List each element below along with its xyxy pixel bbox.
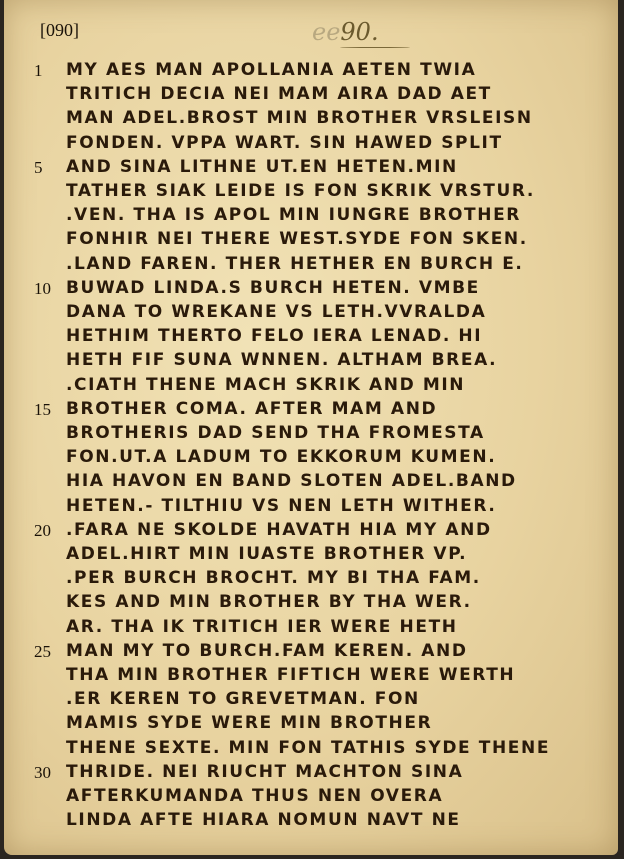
manuscript-line: KES AND MIN BROTHER BY THA WER. [4, 590, 618, 614]
manuscript-line: 30THRIDE. NEI RIUCHT MACHTON SINA [4, 760, 618, 784]
manuscript-line: MAMIS SYDE WERE MIN BROTHER [4, 711, 618, 735]
line-text: .FARA NE SKOLDE HAVATH HIA MY AND [66, 520, 492, 540]
line-text: BUWAD LINDA.S BURCH HETEN. VMBE [66, 278, 480, 298]
manuscript-line: 10BUWAD LINDA.S BURCH HETEN. VMBE [4, 276, 618, 300]
line-number: 30 [34, 763, 60, 783]
line-text: THENE SEXTE. MIN FON TATHIS SYDE THENE [66, 738, 550, 758]
manuscript-line: AFTERKUMANDA THUS NEN OVERA [4, 784, 618, 808]
manuscript-line: .CIATH THENE MACH SKRIK AND MIN [4, 373, 618, 397]
line-text: FONHIR NEI THERE WEST.SYDE FON SKEN. [66, 229, 528, 249]
line-number: 5 [34, 158, 60, 178]
manuscript-line: FONHIR NEI THERE WEST.SYDE FON SKEN. [4, 227, 618, 251]
line-number: 20 [34, 521, 60, 541]
manuscript-line: .PER BURCH BROCHT. MY BI THA FAM. [4, 566, 618, 590]
line-text: .ER KEREN TO GREVETMAN. FON [66, 689, 420, 709]
line-text: MAN ADEL.BROST MIN BROTHER VRSLEISN [66, 108, 533, 128]
line-number: 10 [34, 279, 60, 299]
manuscript-page: [090] ee90. 1MY AES MAN APOLLANIA AETEN … [4, 0, 618, 855]
manuscript-line: HIA HAVON EN BAND SLOTEN ADEL.BAND [4, 469, 618, 493]
manuscript-line: .LAND FAREN. THER HETHER EN BURCH E. [4, 252, 618, 276]
manuscript-line: HETEN.- TILTHIU VS NEN LETH WITHER. [4, 494, 618, 518]
manuscript-line: HETH FIF SUNA WNNEN. ALTHAM BREA. [4, 348, 618, 372]
line-text: MAMIS SYDE WERE MIN BROTHER [66, 713, 432, 733]
line-text: .VEN. THA IS APOL MIN IUNGRE BROTHER [66, 205, 521, 225]
line-text: MAN MY TO BURCH.FAM KEREN. AND [66, 641, 468, 661]
line-text: HETHIM THERTO FELO IERA LENAD. HI [66, 326, 482, 346]
manuscript-line: .VEN. THA IS APOL MIN IUNGRE BROTHER [4, 203, 618, 227]
line-text: KES AND MIN BROTHER BY THA WER. [66, 592, 472, 612]
line-text: AFTERKUMANDA THUS NEN OVERA [66, 786, 443, 806]
manuscript-line: THA MIN BROTHER FIFTICH WERE WERTH [4, 663, 618, 687]
manuscript-line: 25MAN MY TO BURCH.FAM KEREN. AND [4, 639, 618, 663]
line-text: DANA TO WREKANE VS LETH.VVRALDA [66, 302, 486, 322]
line-text: FONDEN. VPPA WART. SIN HAWED SPLIT [66, 133, 503, 153]
line-text: AND SINA LITHNE UT.EN HETEN.MIN [66, 157, 458, 177]
line-text: BROTHERIS DAD SEND THA FROMESTA [66, 423, 485, 443]
line-text: THA MIN BROTHER FIFTICH WERE WERTH [66, 665, 515, 685]
line-text: .CIATH THENE MACH SKRIK AND MIN [66, 375, 465, 395]
manuscript-line: TRITICH DECIA NEI MAM AIRA DAD AET [4, 82, 618, 106]
line-text: TRITICH DECIA NEI MAM AIRA DAD AET [66, 84, 492, 104]
line-text: TATHER SIAK LEIDE IS FON SKRIK VRSTUR. [66, 181, 535, 201]
manuscript-line: .ER KEREN TO GREVETMAN. FON [4, 687, 618, 711]
line-text: AR. THA IK TRITICH IER WERE HETH [66, 617, 458, 637]
manuscript-line: HETHIM THERTO FELO IERA LENAD. HI [4, 324, 618, 348]
line-number: 25 [34, 642, 60, 662]
manuscript-line: TATHER SIAK LEIDE IS FON SKRIK VRSTUR. [4, 179, 618, 203]
line-text: HETEN.- TILTHIU VS NEN LETH WITHER. [66, 496, 496, 516]
line-text: LINDA AFTE HIARA NOMUN NAVT NE [66, 810, 461, 830]
page-reference: [090] [40, 20, 79, 41]
line-text: ADEL.HIRT MIN IUASTE BROTHER VP. [66, 544, 467, 564]
line-text: HETH FIF SUNA WNNEN. ALTHAM BREA. [66, 350, 497, 370]
line-text: MY AES MAN APOLLANIA AETEN TWIA [66, 60, 476, 80]
manuscript-line: 5AND SINA LITHNE UT.EN HETEN.MIN [4, 155, 618, 179]
line-text: HIA HAVON EN BAND SLOTEN ADEL.BAND [66, 471, 517, 491]
manuscript-line: MAN ADEL.BROST MIN BROTHER VRSLEISN [4, 106, 618, 130]
handwritten-page-number: ee90. [312, 18, 379, 46]
manuscript-line: ADEL.HIRT MIN IUASTE BROTHER VP. [4, 542, 618, 566]
line-text: .LAND FAREN. THER HETHER EN BURCH E. [66, 254, 523, 274]
manuscript-line: BROTHERIS DAD SEND THA FROMESTA [4, 421, 618, 445]
line-text: BROTHER COMA. AFTER MAM AND [66, 399, 437, 419]
line-number: 1 [34, 61, 60, 81]
manuscript-line: AR. THA IK TRITICH IER WERE HETH [4, 615, 618, 639]
manuscript-line: THENE SEXTE. MIN FON TATHIS SYDE THENE [4, 736, 618, 760]
page-number-value: 90. [340, 18, 378, 46]
line-text: FON.UT.A LADUM TO EKKORUM KUMEN. [66, 447, 496, 467]
manuscript-line: FON.UT.A LADUM TO EKKORUM KUMEN. [4, 445, 618, 469]
manuscript-line: 15BROTHER COMA. AFTER MAM AND [4, 397, 618, 421]
page-number-underline [340, 47, 410, 48]
manuscript-line: FONDEN. VPPA WART. SIN HAWED SPLIT [4, 131, 618, 155]
manuscript-line: 20.FARA NE SKOLDE HAVATH HIA MY AND [4, 518, 618, 542]
manuscript-line: LINDA AFTE HIARA NOMUN NAVT NE [4, 808, 618, 832]
line-text: .PER BURCH BROCHT. MY BI THA FAM. [66, 568, 481, 588]
line-text: THRIDE. NEI RIUCHT MACHTON SINA [66, 762, 463, 782]
faint-page-mark: ee [312, 18, 340, 46]
manuscript-line: DANA TO WREKANE VS LETH.VVRALDA [4, 300, 618, 324]
manuscript-line: 1MY AES MAN APOLLANIA AETEN TWIA [4, 58, 618, 82]
line-number: 15 [34, 400, 60, 420]
